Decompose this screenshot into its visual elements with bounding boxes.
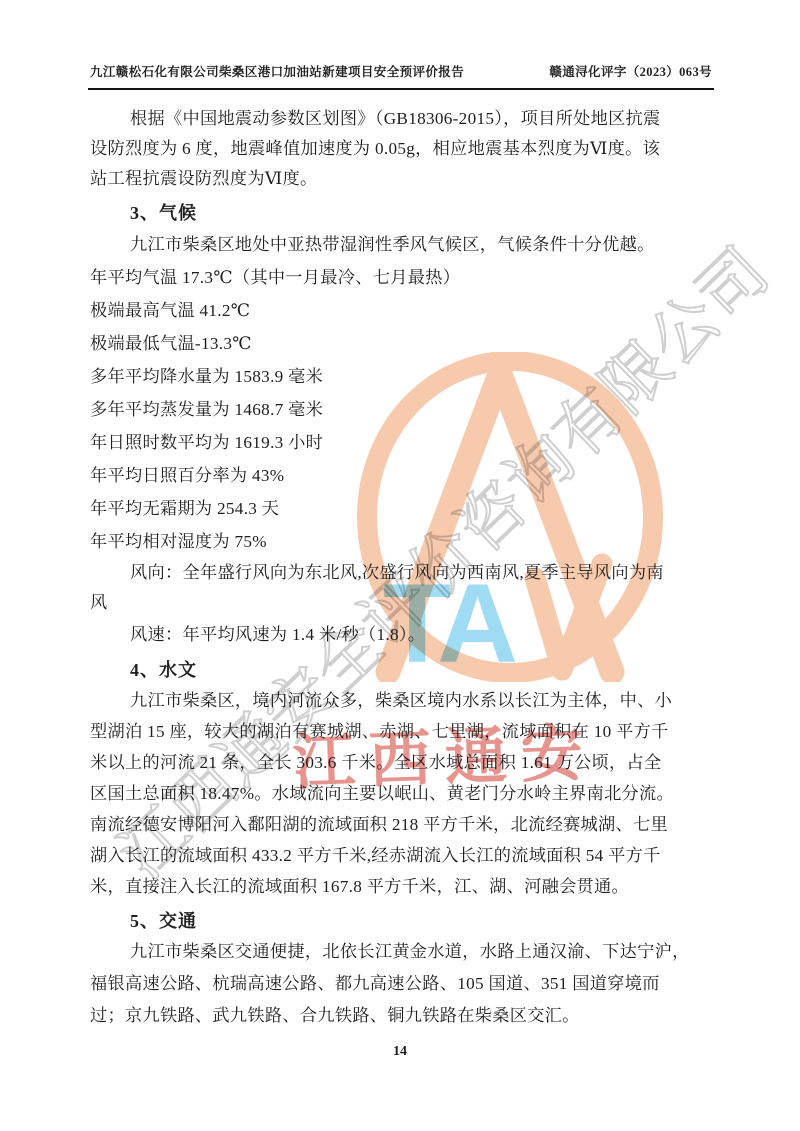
paragraph-block: 根据《中国地震动参数区划图》（GB18306-2015），项目所处地区抗震设防烈… [90,104,730,194]
paragraph-block: 九江市柴桑区地处中亚热带湿润性季风气候区，气候条件十分优越。年平均气温 17.3… [90,228,730,558]
paragraph-block: 九江市柴桑区，境内河流众多，柴桑区境内水系以长江为主体，中、小型湖泊 15 座，… [90,685,730,902]
paragraph-block: 风速：年平均风速为 1.4 米/秒（1.8）。 [90,618,730,651]
text-line: 年平均气温 17.3℃（其中一月最冷、七月最热） [90,261,730,294]
text-line: 年平均日照百分率为 43% [90,459,730,492]
header-divider [88,88,714,90]
text-line: 型湖泊 15 座，较大的湖泊有赛城湖、赤湖、七里湖，流域面积在 10 平方千 [90,716,730,747]
paragraph-block: 九江市柴桑区交通便捷，北依长江黄金水道，水路上通汉渝、下达宁沪，福银高速公路、杭… [90,936,730,1032]
text-line: 福银高速公路、杭瑞高速公路、都九高速公路、105 国道、351 国道穿境而 [90,968,730,1000]
text-line: 湖入长江的流域面积 433.2 平方千米,经赤湖流入长江的流域面积 54 平方千 [90,840,730,871]
text-line: 根据《中国地震动参数区划图》（GB18306-2015），项目所处地区抗震 [90,104,730,134]
text-line: 年日照时数平均为 1619.3 小时 [90,426,730,459]
text-line: 风向：全年盛行风向为东北风,次盛行风向为西南风,夏季主导风向为南 [90,558,730,588]
text-line: 九江市柴桑区交通便捷，北依长江黄金水道，水路上通汉渝、下达宁沪， [90,936,730,968]
text-line: 多年平均降水量为 1583.9 毫米 [90,360,730,393]
section-heading-block: 3、气候 [90,200,730,226]
text-line: 区国土总面积 18.47%。水域流向主要以岷山、黄老门分水岭主界南北分流。 [90,778,730,809]
page-header: 九江赣松石化有限公司柴桑区港口加油站新建项目安全预评价报告 赣通浔化评字（202… [90,62,712,80]
paragraph-block: 风向：全年盛行风向为东北风,次盛行风向为西南风,夏季主导风向为南风 [90,558,730,618]
text-line: 米，直接注入长江的流域面积 167.8 平方千米，江、湖、河融会贯通。 [90,871,730,902]
text-line: 多年平均蒸发量为 1468.7 毫米 [90,393,730,426]
text-line: 南流经德安博阳河入鄱阳湖的流域面积 218 平方千米，北流经赛城湖、七里 [90,809,730,840]
text-line: 九江市柴桑区地处中亚热带湿润性季风气候区，气候条件十分优越。 [90,228,730,261]
text-line: 极端最高气温 41.2℃ [90,294,730,327]
section-heading: 4、水文 [90,657,730,683]
text-line: 九江市柴桑区，境内河流众多，柴桑区境内水系以长江为主体，中、小 [90,685,730,716]
section-heading-block: 5、交通 [90,908,730,934]
text-line: 过；京九铁路、武九铁路、合九铁路、铜九铁路在柴桑区交汇。 [90,1000,730,1032]
text-line: 年平均无霜期为 254.3 天 [90,492,730,525]
text-line: 年平均相对湿度为 75% [90,525,730,558]
section-heading-block: 4、水文 [90,657,730,683]
section-heading: 3、气候 [90,200,730,226]
text-line: 风速：年平均风速为 1.4 米/秒（1.8）。 [90,618,730,651]
text-line: 风 [90,588,730,618]
header-document-code: 赣通浔化评字（2023）063号 [549,62,712,80]
text-line: 设防烈度为 6 度，地震峰值加速度为 0.05g，相应地震基本烈度为Ⅵ度。该 [90,134,730,164]
page-number: 14 [0,1044,800,1060]
document-body: 根据《中国地震动参数区划图》（GB18306-2015），项目所处地区抗震设防烈… [90,104,730,1032]
text-line: 极端最低气温-13.3℃ [90,327,730,360]
header-report-title: 九江赣松石化有限公司柴桑区港口加油站新建项目安全预评价报告 [90,62,464,80]
section-heading: 5、交通 [90,908,730,934]
text-line: 站工程抗震设防烈度为Ⅵ度。 [90,164,730,194]
text-line: 米以上的河流 21 条，全长 303.6 千米。全区水域总面积 1.61 万公顷… [90,747,730,778]
